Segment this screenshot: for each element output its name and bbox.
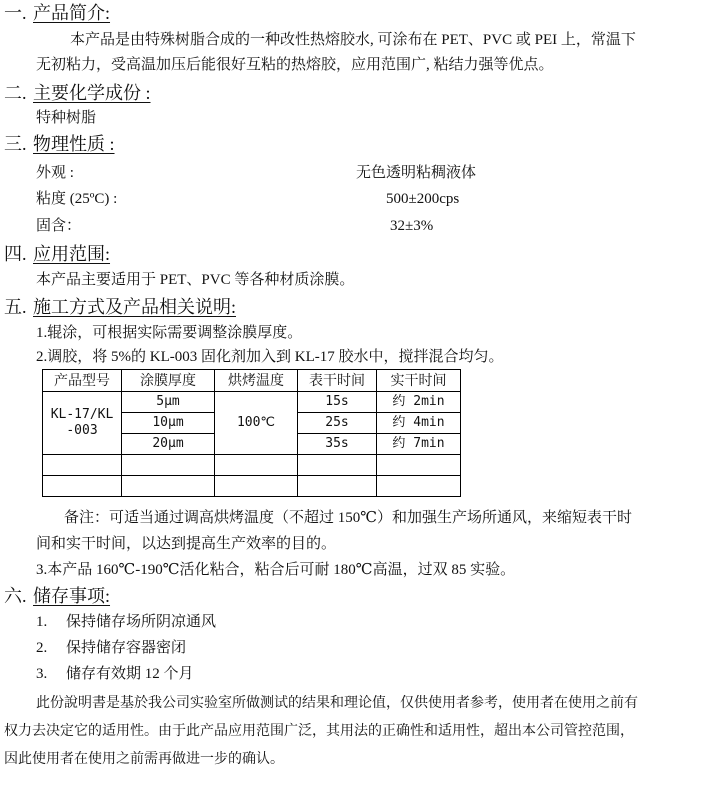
- disclaimer-line-3: 因此使用者在使用之前需再做进一步的确认。: [4, 751, 284, 769]
- section-heading-application: 四.应用范围:: [0, 243, 110, 265]
- storage-item-number: 1.: [36, 613, 66, 631]
- spec-table: 产品型号 涂膜厚度 烘烤温度 表干时间 实干时间 KL-17/KL -003 5…: [42, 369, 461, 497]
- note-line-2: 间和实干时间，以达到提高生产效率的目的。: [36, 535, 336, 553]
- disclaimer-line-2: 权力去决定它的适用性。由于此产品应用范围广泛，其用法的正确性和适用性，超出本公司…: [4, 723, 634, 741]
- instruction-step-2: 2.调胶，将 5%的 KL-003 固化剂加入到 KL-17 胶水中，搅拌混合均…: [36, 348, 503, 366]
- instruction-step-3: 3.本产品 160℃-190℃活化粘合，粘合后可耐 180℃高温，过双 85 实…: [36, 561, 515, 579]
- storage-item-1: 1.保持储存场所阴凉通风: [36, 613, 216, 631]
- section-title: 主要化学成份 :: [33, 83, 151, 103]
- section-heading-storage: 六.储存事项:: [0, 585, 110, 607]
- model-line-2: -003: [43, 423, 121, 439]
- thickness-cell: 20μm: [122, 434, 215, 455]
- storage-item-text: 储存有效期 12 个月: [66, 666, 194, 682]
- section-number: 三.: [0, 133, 33, 155]
- section-number: 四.: [0, 243, 33, 265]
- section-heading-properties: 三.物理性质 :: [0, 133, 115, 155]
- section-number: 一.: [0, 2, 33, 24]
- section-title: 应用范围:: [33, 244, 110, 264]
- surface-dry-cell: 35s: [298, 434, 377, 455]
- note-line-1: 备注：可适当通过调高烘烤温度（不超过 150℃）和加强生产场所通风，来缩短表干时: [64, 509, 632, 527]
- intro-line-1: 本产品是由特殊树脂合成的一种改性热熔胶水, 可涂布在 PET、PVC 或 PEI…: [70, 31, 636, 49]
- section-number: 五.: [0, 296, 33, 318]
- section-number: 二.: [0, 82, 33, 104]
- thickness-cell: 5μm: [122, 392, 215, 413]
- property-label-appearance: 外观 :: [36, 164, 74, 182]
- model-cell: KL-17/KL -003: [43, 392, 122, 455]
- empty-cell: [377, 476, 461, 497]
- table-header: 表干时间: [298, 370, 377, 392]
- storage-item-number: 3.: [36, 665, 66, 683]
- model-line-1: KL-17/KL: [43, 407, 121, 423]
- section-heading-instructions: 五.施工方式及产品相关说明:: [0, 296, 236, 318]
- empty-cell: [298, 455, 377, 476]
- intro-line-2: 无初粘力，受高温加压后能很好互粘的热熔胶，应用范围广, 粘结力强等优点。: [36, 56, 554, 74]
- empty-cell: [298, 476, 377, 497]
- surface-dry-cell: 15s: [298, 392, 377, 413]
- empty-cell: [43, 455, 122, 476]
- full-dry-cell: 约 7min: [377, 434, 461, 455]
- property-value-appearance: 无色透明粘稠液体: [356, 164, 476, 182]
- property-label-viscosity: 粘度 (25ºC) :: [36, 190, 117, 208]
- section-title: 物理性质 :: [33, 134, 115, 154]
- thickness-cell: 10μm: [122, 413, 215, 434]
- surface-dry-cell: 25s: [298, 413, 377, 434]
- storage-item-2: 2.保持储存容器密闭: [36, 639, 186, 657]
- empty-cell: [215, 455, 298, 476]
- table-header-row: 产品型号 涂膜厚度 烘烤温度 表干时间 实干时间: [43, 370, 461, 392]
- storage-item-number: 2.: [36, 639, 66, 657]
- table-header: 涂膜厚度: [122, 370, 215, 392]
- storage-item-text: 保持储存场所阴凉通风: [66, 614, 216, 630]
- table-row-empty: [43, 455, 461, 476]
- temperature-cell: 100℃: [215, 392, 298, 455]
- empty-cell: [122, 455, 215, 476]
- property-value-solids: 32±3%: [390, 217, 433, 235]
- empty-cell: [377, 455, 461, 476]
- empty-cell: [215, 476, 298, 497]
- storage-item-text: 保持储存容器密闭: [66, 640, 186, 656]
- section-heading-intro: 一.产品简介:: [0, 2, 110, 24]
- table-row-empty: [43, 476, 461, 497]
- property-value-viscosity: 500±200cps: [386, 190, 459, 208]
- table-header: 实干时间: [377, 370, 461, 392]
- instruction-step-1: 1.辊涂，可根据实际需要调整涂膜厚度。: [36, 324, 302, 342]
- full-dry-cell: 约 2min: [377, 392, 461, 413]
- storage-item-3: 3.储存有效期 12 个月: [36, 665, 194, 683]
- property-label-solids: 固含：: [36, 217, 81, 235]
- section-title: 储存事项:: [33, 586, 110, 606]
- application-text: 本产品主要适用于 PET、PVC 等各种材质涂膜。: [36, 271, 354, 289]
- section-title: 施工方式及产品相关说明:: [33, 297, 236, 317]
- empty-cell: [122, 476, 215, 497]
- table-row: KL-17/KL -003 5μm 100℃ 15s 约 2min: [43, 392, 461, 413]
- table-header: 产品型号: [43, 370, 122, 392]
- disclaimer-line-1: 此份說明書是基於我公司实验室所做测试的结果和理论值，仅供使用者参考，使用者在使用…: [36, 695, 638, 713]
- empty-cell: [43, 476, 122, 497]
- composition-text: 特种树脂: [36, 109, 96, 127]
- full-dry-cell: 约 4min: [377, 413, 461, 434]
- section-heading-composition: 二.主要化学成份 :: [0, 82, 151, 104]
- table-header: 烘烤温度: [215, 370, 298, 392]
- section-title: 产品简介:: [33, 3, 110, 23]
- section-number: 六.: [0, 585, 33, 607]
